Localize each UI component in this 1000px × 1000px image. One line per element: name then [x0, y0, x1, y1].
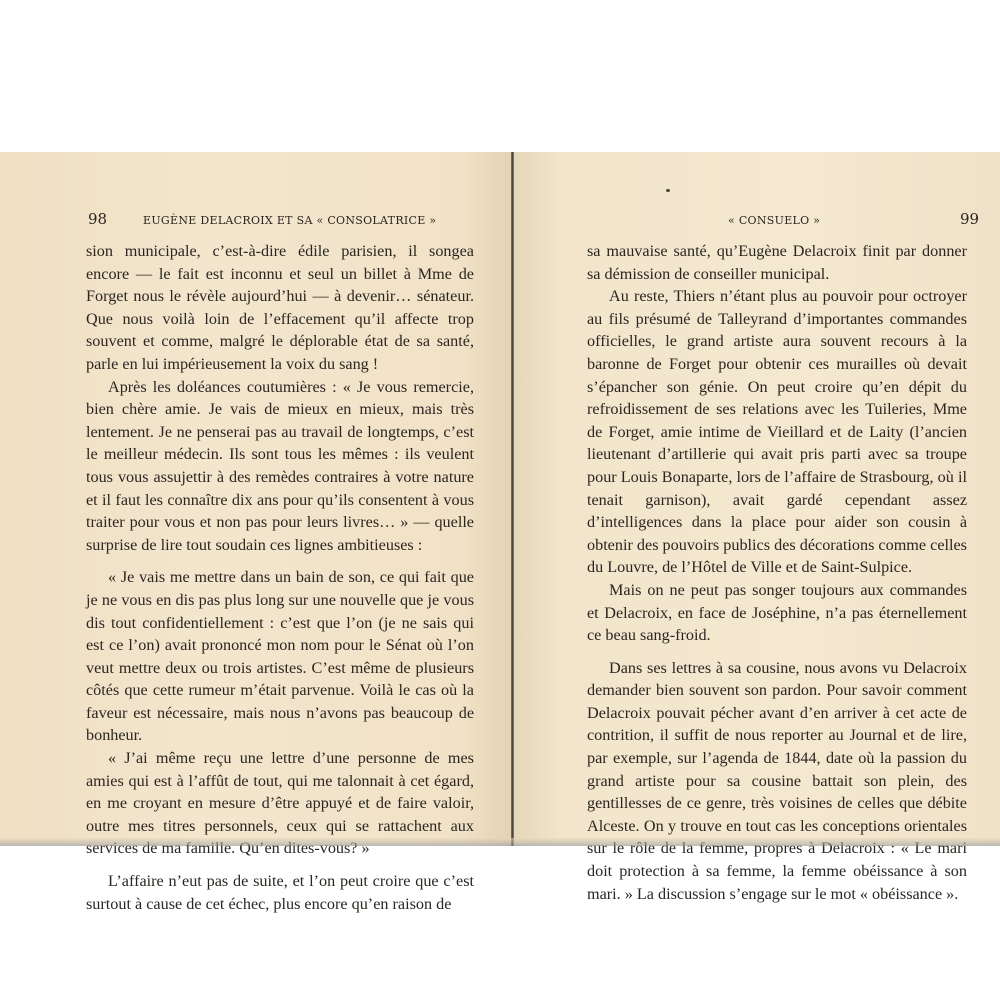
page-number-right: 99 [960, 210, 979, 228]
running-header-left: EUGÈNE DELACROIX ET SA « CONSOLATRICE » [143, 214, 436, 227]
paragraph: Au reste, Thiers n’étant plus au pouvoir… [587, 285, 967, 579]
paragraph: sa mauvaise santé, qu’Eugène Delacroix f… [587, 240, 967, 285]
page-bottom-edge [0, 838, 1000, 846]
paragraph: Dans ses lettres à sa cousine, nous avon… [587, 657, 967, 906]
paragraph: L’affaire n’eut pas de suite, et l’on pe… [86, 870, 474, 915]
left-page: 98 EUGÈNE DELACROIX ET SA « CONSOLATRICE… [0, 152, 511, 846]
running-header-right: « CONSUELO » [728, 214, 820, 227]
ink-speck [666, 189, 670, 192]
right-page-body: sa mauvaise santé, qu’Eugène Delacroix f… [587, 240, 967, 905]
paragraph: Après les doléances coutumières : « Je v… [86, 376, 474, 557]
paragraph: Mais on ne peut pas songer toujours aux … [587, 579, 967, 647]
left-page-body: sion municipale, c’est-à-dire édile pari… [86, 240, 474, 915]
open-book-spread: 98 EUGÈNE DELACROIX ET SA « CONSOLATRICE… [0, 152, 1000, 846]
quote-paragraph: « Je vais me mettre dans un bain de son,… [86, 566, 474, 747]
paragraph: sion municipale, c’est-à-dire édile pari… [86, 240, 474, 376]
right-page: « CONSUELO » 99 sa mauvaise santé, qu’Eu… [514, 152, 1000, 846]
page-number-left: 98 [88, 210, 107, 228]
